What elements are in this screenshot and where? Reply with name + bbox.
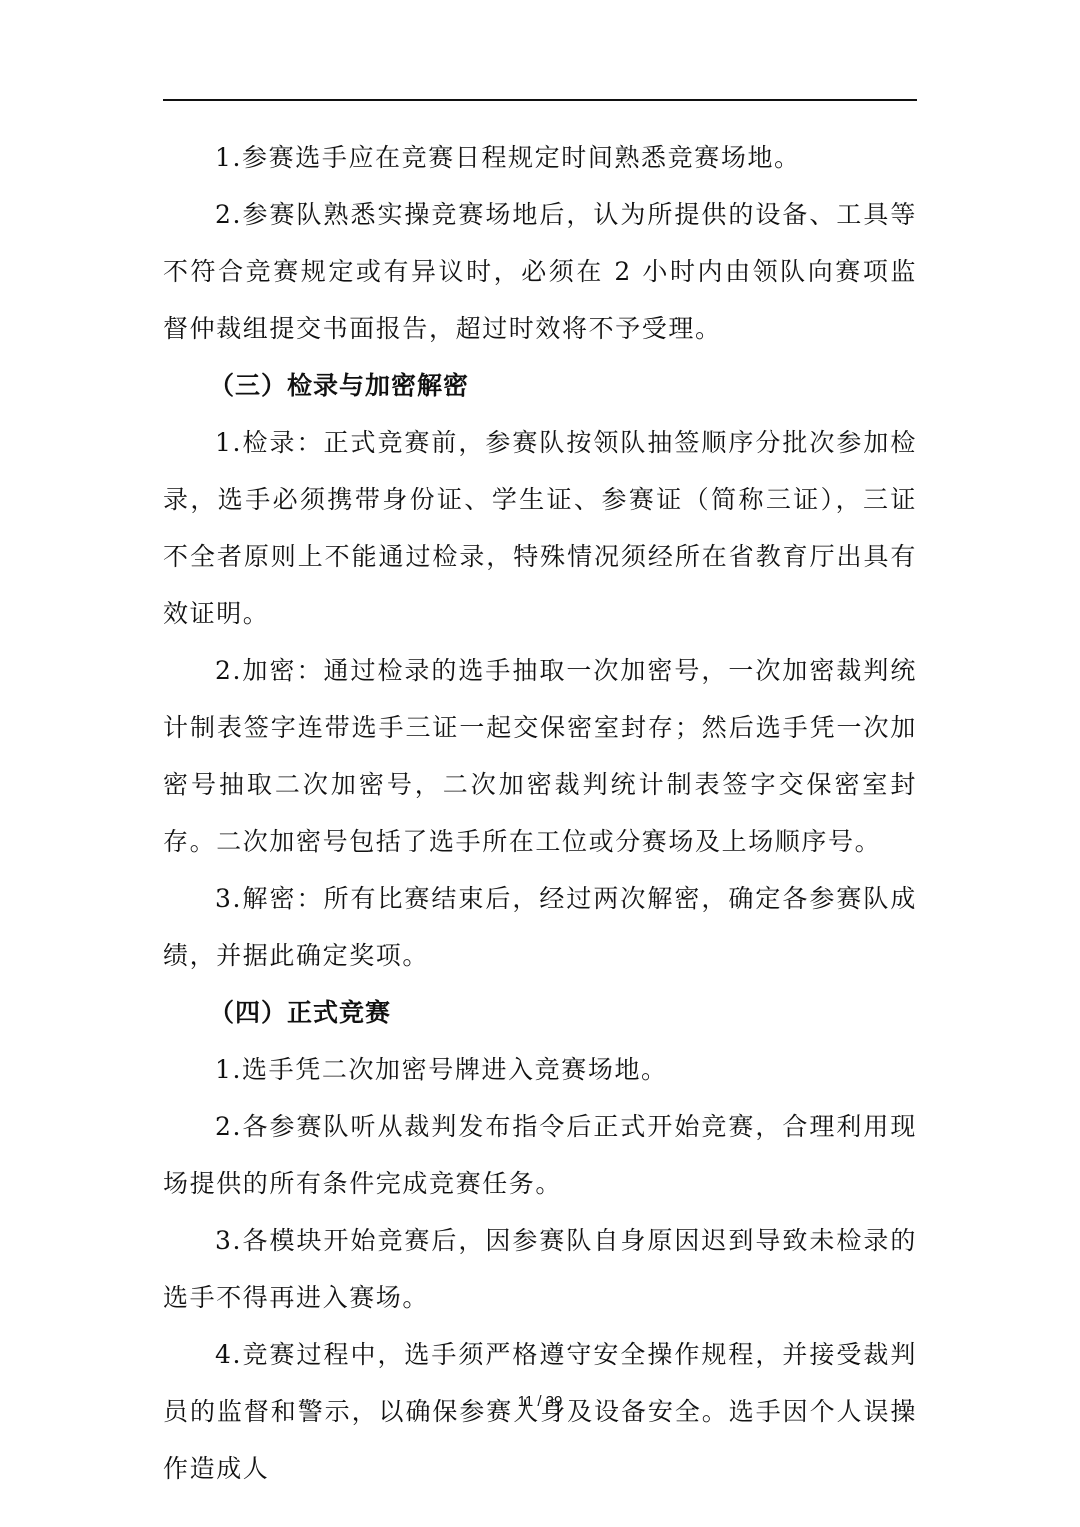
page-number: 11 / 39 (0, 1393, 1080, 1410)
paragraph-late-arrival: 3.各模块开始竞赛后，因参赛队自身原因迟到导致未检录的选手不得再进入赛场。 (163, 1212, 917, 1326)
section-heading-checkin-encryption: （三）检录与加密解密 (163, 357, 917, 414)
paragraph-venue-familiarize: 1.参赛选手应在竞赛日程规定时间熟悉竞赛场地。 (163, 129, 917, 186)
document-body: 1.参赛选手应在竞赛日程规定时间熟悉竞赛场地。 2.参赛队熟悉实操竞赛场地后，认… (163, 129, 917, 1497)
paragraph-enter-venue: 1.选手凭二次加密号牌进入竞赛场地。 (163, 1041, 917, 1098)
paragraph-encryption: 2.加密：通过检录的选手抽取一次加密号，一次加密裁判统计制表签字连带选手三证一起… (163, 642, 917, 870)
paragraph-start-competition: 2.各参赛队听从裁判发布指令后正式开始竞赛，合理利用现场提供的所有条件完成竞赛任… (163, 1098, 917, 1212)
section-heading-formal-competition: （四）正式竞赛 (163, 984, 917, 1041)
paragraph-safety: 4.竞赛过程中，选手须严格遵守安全操作规程，并接受裁判员的监督和警示，以确保参赛… (163, 1326, 917, 1497)
paragraph-checkin: 1.检录：正式竞赛前，参赛队按领队抽签顺序分批次参加检录，选手必须携带身份证、学… (163, 414, 917, 642)
paragraph-decryption: 3.解密：所有比赛结束后，经过两次解密，确定各参赛队成绩，并据此确定奖项。 (163, 870, 917, 984)
header-rule (163, 99, 917, 101)
paragraph-objection-report: 2.参赛队熟悉实操竞赛场地后，认为所提供的设备、工具等不符合竞赛规定或有异议时，… (163, 186, 917, 357)
